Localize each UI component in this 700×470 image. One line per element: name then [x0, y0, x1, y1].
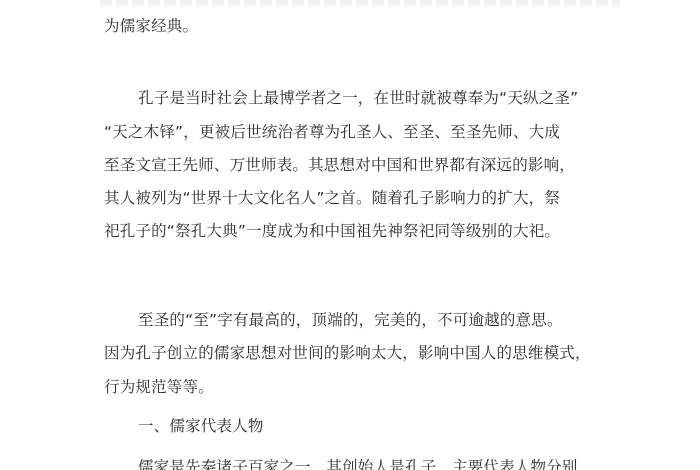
document-page: 为儒家经典。 孔子是当时社会上最博学者之一，在世时就被尊奉为“天纵之圣” “天之… [0, 0, 700, 470]
paragraph-line: 祀孔子的“祭孔大典”一度成为和中国祖先神祭祀同等级别的大祀。 [104, 221, 560, 241]
paragraph-line: “天之木铎”，更被后世统治者尊为孔圣人、至圣、至圣先师、大成 [104, 122, 560, 142]
paragraph-line: 至圣的“至”字有最高的，顶端的，完美的，不可逾越的意思。 [138, 310, 563, 330]
paragraph-line: 为儒家经典。 [104, 16, 198, 36]
paragraph-line: 孔子是当时社会上最博学者之一，在世时就被尊奉为“天纵之圣” [138, 88, 578, 108]
cropped-text-line [100, 0, 620, 6]
paragraph-line: 至圣文宣王先师、万世师表。其思想对中国和世界都有深远的影响， [104, 155, 575, 175]
paragraph-line: 儒家是先秦诸子百家之一，其创始人是孔子，主要代表人物分别 [138, 457, 578, 470]
paragraph-line: 行为规范等等。 [104, 377, 214, 397]
paragraph-line: 其人被列为“世界十大文化名人”之首。随着孔子影响力的扩大，祭 [104, 188, 560, 208]
paragraph-line: 因为孔子创立的儒家思想对世间的影响太大，影响中国人的思维模式， [104, 343, 591, 363]
section-heading: 一、儒家代表人物 [138, 416, 264, 436]
